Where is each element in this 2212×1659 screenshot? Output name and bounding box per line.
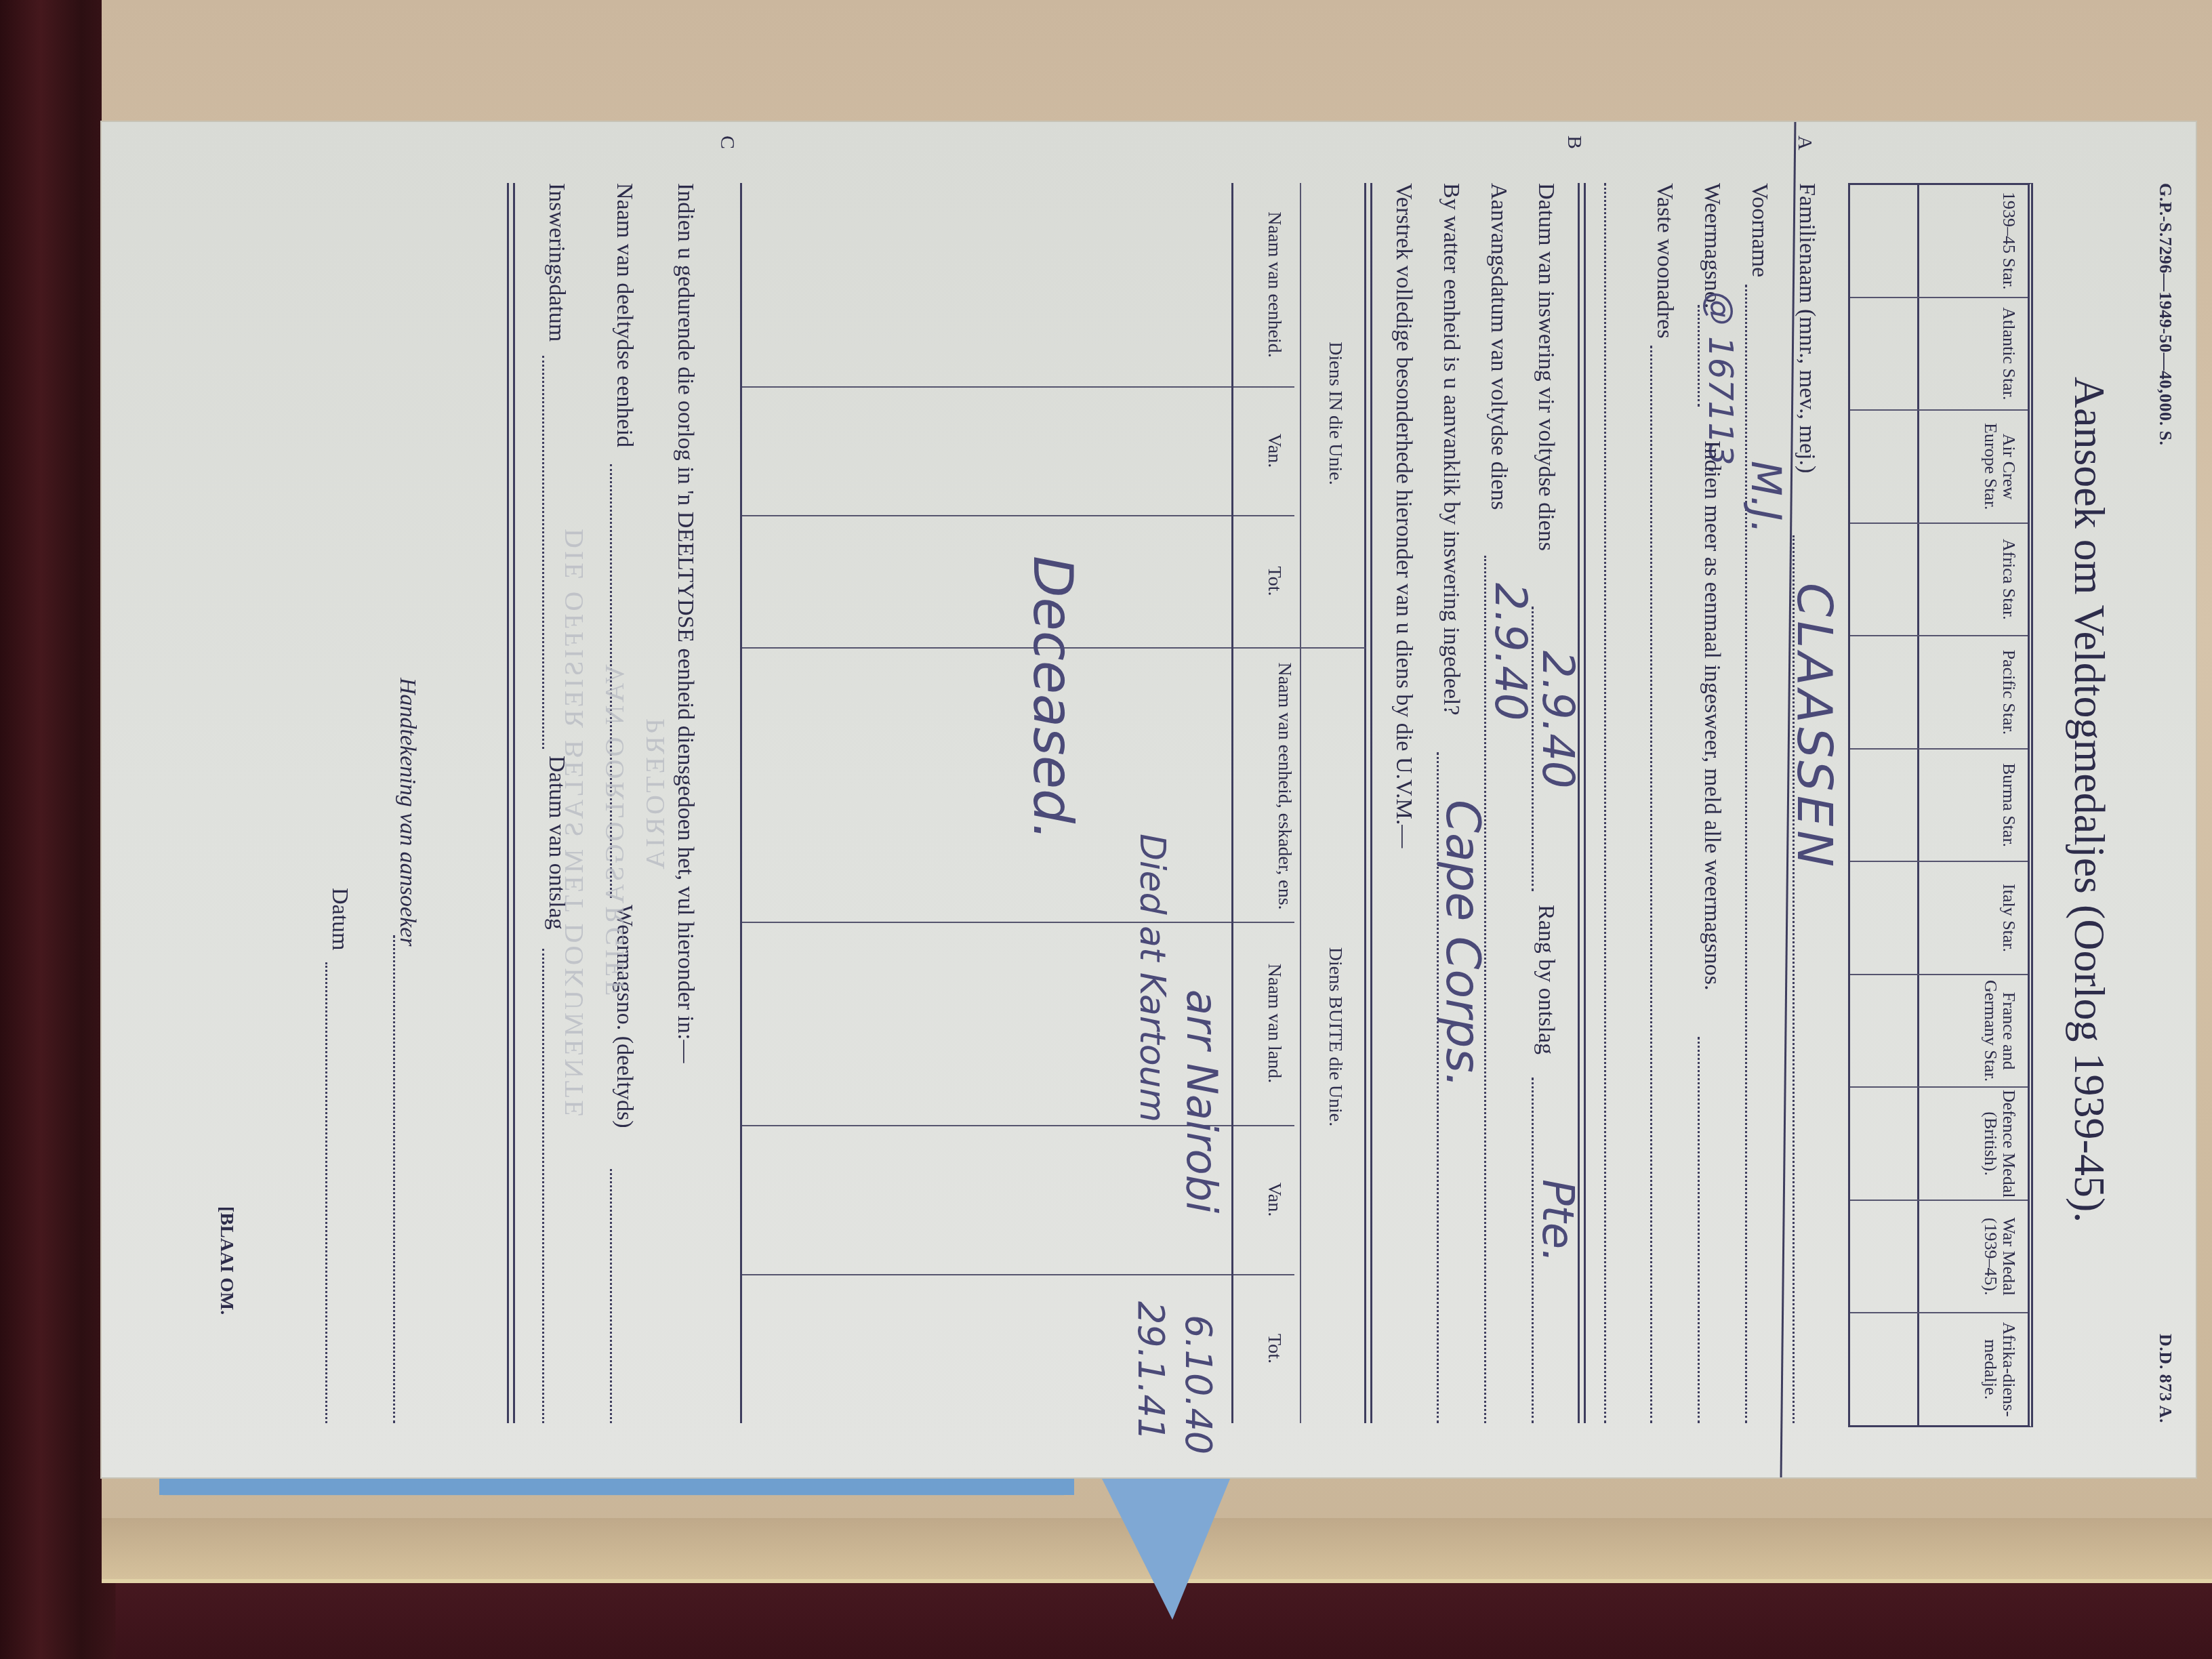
table-rule xyxy=(1300,183,1301,1423)
section-c-bottom-rule xyxy=(507,183,515,1423)
address-field[interactable] xyxy=(1650,346,1652,1423)
part-time-attest-label: Insweringsdatum xyxy=(544,183,569,342)
first-names-label: Voorname xyxy=(1746,183,1772,277)
service-outside-union-header: Diens BUITE die Unie. xyxy=(1325,651,1345,1423)
section-c-letter: C xyxy=(716,136,739,149)
col-in-from: Van. xyxy=(1264,386,1284,515)
part-time-service-no-field[interactable] xyxy=(610,1169,612,1423)
medal-cell[interactable] xyxy=(1850,1313,1925,1425)
medal-cell[interactable] xyxy=(1850,411,1925,524)
first-names-field[interactable] xyxy=(1745,285,1747,1423)
medal-col-atlantic-star: Atlantic Star. xyxy=(1919,298,2028,411)
medal-cell[interactable] xyxy=(1850,298,1925,411)
bleed-through-text: PRETORIA xyxy=(639,718,671,872)
form-print-code: G.P.-S.7296—1949-50—40,000. S. xyxy=(2155,183,2175,445)
other-service-nos-field[interactable] xyxy=(1698,1037,1700,1423)
medal-col-burma-star: Burma Star. xyxy=(1919,750,2028,863)
form-number: D.D. 873 A. xyxy=(2155,1334,2175,1423)
service-no-field[interactable] xyxy=(1698,305,1700,407)
col-divider xyxy=(742,386,1294,388)
address-label: Vaste woonadres xyxy=(1652,183,1677,338)
col-out-from: Van. xyxy=(1264,1125,1284,1274)
medal-cell[interactable] xyxy=(1850,1088,1925,1201)
part-time-unit-label: Naam van deeltydse eenheid xyxy=(611,183,637,447)
medal-application-form: G.P.-S.7296—1949-50—40,000. S. D.D. 873 … xyxy=(102,122,2196,1477)
medal-cell[interactable] xyxy=(1850,975,1925,1088)
start-date-value: 2.9.40 xyxy=(1485,583,1535,721)
section-b-letter: B xyxy=(1563,136,1586,149)
medal-col-air-crew-europe-star: Air Crew Europe Star. xyxy=(1919,411,2028,524)
address-field-line-2[interactable] xyxy=(1604,183,1606,1423)
medal-col-italy-star: Italy Star. xyxy=(1919,862,2028,975)
bleed-through-text: VAN OORLOGSARGIEF xyxy=(598,664,630,998)
col-divider xyxy=(742,1274,1294,1275)
start-date-label: Aanvangsdatum van voltydse diens xyxy=(1486,183,1511,510)
blue-paper-strip xyxy=(159,1477,1074,1495)
rank-label: Rang by ontslag xyxy=(1533,905,1559,1054)
medal-cell[interactable] xyxy=(1850,185,1925,298)
section-a-letter: A xyxy=(1793,136,1816,150)
part-time-attest-field[interactable] xyxy=(542,356,544,749)
surname-value: CLAASSEN xyxy=(1786,583,1843,871)
col-divider xyxy=(742,922,1294,923)
turn-over-note: [BLAAI OM. xyxy=(216,1206,237,1315)
table-header-rule xyxy=(1231,183,1233,1423)
signature-label: Handtekening van aansoeker xyxy=(394,678,420,947)
bleed-through-text: DIE OFFISIER BELAS MET DOKUMENTE xyxy=(558,529,590,1120)
medal-col-pacific-star: Pacific Star. xyxy=(1919,636,2028,750)
service-row-1-from: 6.10.40 xyxy=(1177,1315,1220,1454)
first-names-value: M.J. xyxy=(1742,461,1789,534)
table-bottom-rule xyxy=(740,183,742,1423)
surname-label: Familienaam (mnr., mev., mej.) xyxy=(1794,183,1820,473)
service-no-instruction: Indien meer as eenmaal ingesweer, meld a… xyxy=(1699,441,1725,990)
form-sheet-wrapper: G.P.-S.7296—1949-50—40,000. S. D.D. 873 … xyxy=(102,122,2196,1477)
col-in-unit-name: Naam van eenheid. xyxy=(1264,183,1284,386)
medal-col-afrika-diensmedalje: Afrika-diens-medalje. xyxy=(1919,1313,2028,1425)
medal-cell[interactable] xyxy=(1850,1201,1925,1314)
service-no-label: Weermagsno. xyxy=(1699,183,1725,308)
medal-table-entry-row[interactable] xyxy=(1848,183,1925,1427)
col-in-to: Tot. xyxy=(1264,515,1284,647)
medal-col-war-medal: War Medal (1939–45). xyxy=(1919,1201,2028,1314)
col-out-to: Tot. xyxy=(1264,1274,1284,1423)
signature-field[interactable] xyxy=(393,935,395,1423)
service-in-union-header: Diens IN die Unie. xyxy=(1325,183,1345,644)
attestation-date-value: 2.9.40 xyxy=(1532,651,1582,789)
medal-col-defence-medal: Defence Medal (British). xyxy=(1919,1088,2028,1201)
col-out-unit-name: Naam van eenheid, eskader, ens. xyxy=(1274,651,1294,922)
page-title: Aansoek om Veldtogmedaljes (Oorlog 1939-… xyxy=(2064,122,2114,1477)
col-out-country: Naam van land. xyxy=(1264,922,1284,1125)
medal-col-africa-star: Africa Star. xyxy=(1919,524,2028,637)
medal-col-france-germany-star: France and Germany Star. xyxy=(1919,975,2028,1088)
part-time-discharge-field[interactable] xyxy=(542,949,544,1423)
col-divider xyxy=(742,515,1294,516)
service-row-2-unit: Died at Kartoum xyxy=(1132,834,1172,1122)
medal-cell[interactable] xyxy=(1850,524,1925,637)
service-table-top-rule xyxy=(1364,183,1372,1423)
medal-cell[interactable] xyxy=(1850,862,1925,975)
attestation-date-label: Datum van inswering vir voltydse diens xyxy=(1533,183,1559,551)
service-details-instruction: Verstrek volledige besonderhede hieronde… xyxy=(1391,183,1416,848)
signature-date-field[interactable] xyxy=(325,962,327,1423)
signature-date-label: Datum xyxy=(327,888,352,951)
medal-cell[interactable] xyxy=(1850,750,1925,863)
service-row-1-country: arr Nairobi xyxy=(1177,989,1227,1213)
medal-table-header: 1939–45 Star. Atlantic Star. Air Crew Eu… xyxy=(1917,183,2033,1427)
rank-value: Pte. xyxy=(1532,1179,1582,1263)
part-time-intro: Indien u gedurende die oorlog in 'n DEEL… xyxy=(672,183,698,1063)
initial-unit-label: By watter eenheid is u aanvanklik by ins… xyxy=(1438,183,1464,716)
initial-unit-value: Cape Corps. xyxy=(1435,800,1491,1088)
medal-cell[interactable] xyxy=(1850,636,1925,750)
service-row-2-from: 29.1.41 xyxy=(1130,1301,1172,1441)
deceased-annotation: Deceased. xyxy=(1021,556,1084,840)
medal-col-1939-45-star: 1939–45 Star. xyxy=(1919,185,2028,298)
